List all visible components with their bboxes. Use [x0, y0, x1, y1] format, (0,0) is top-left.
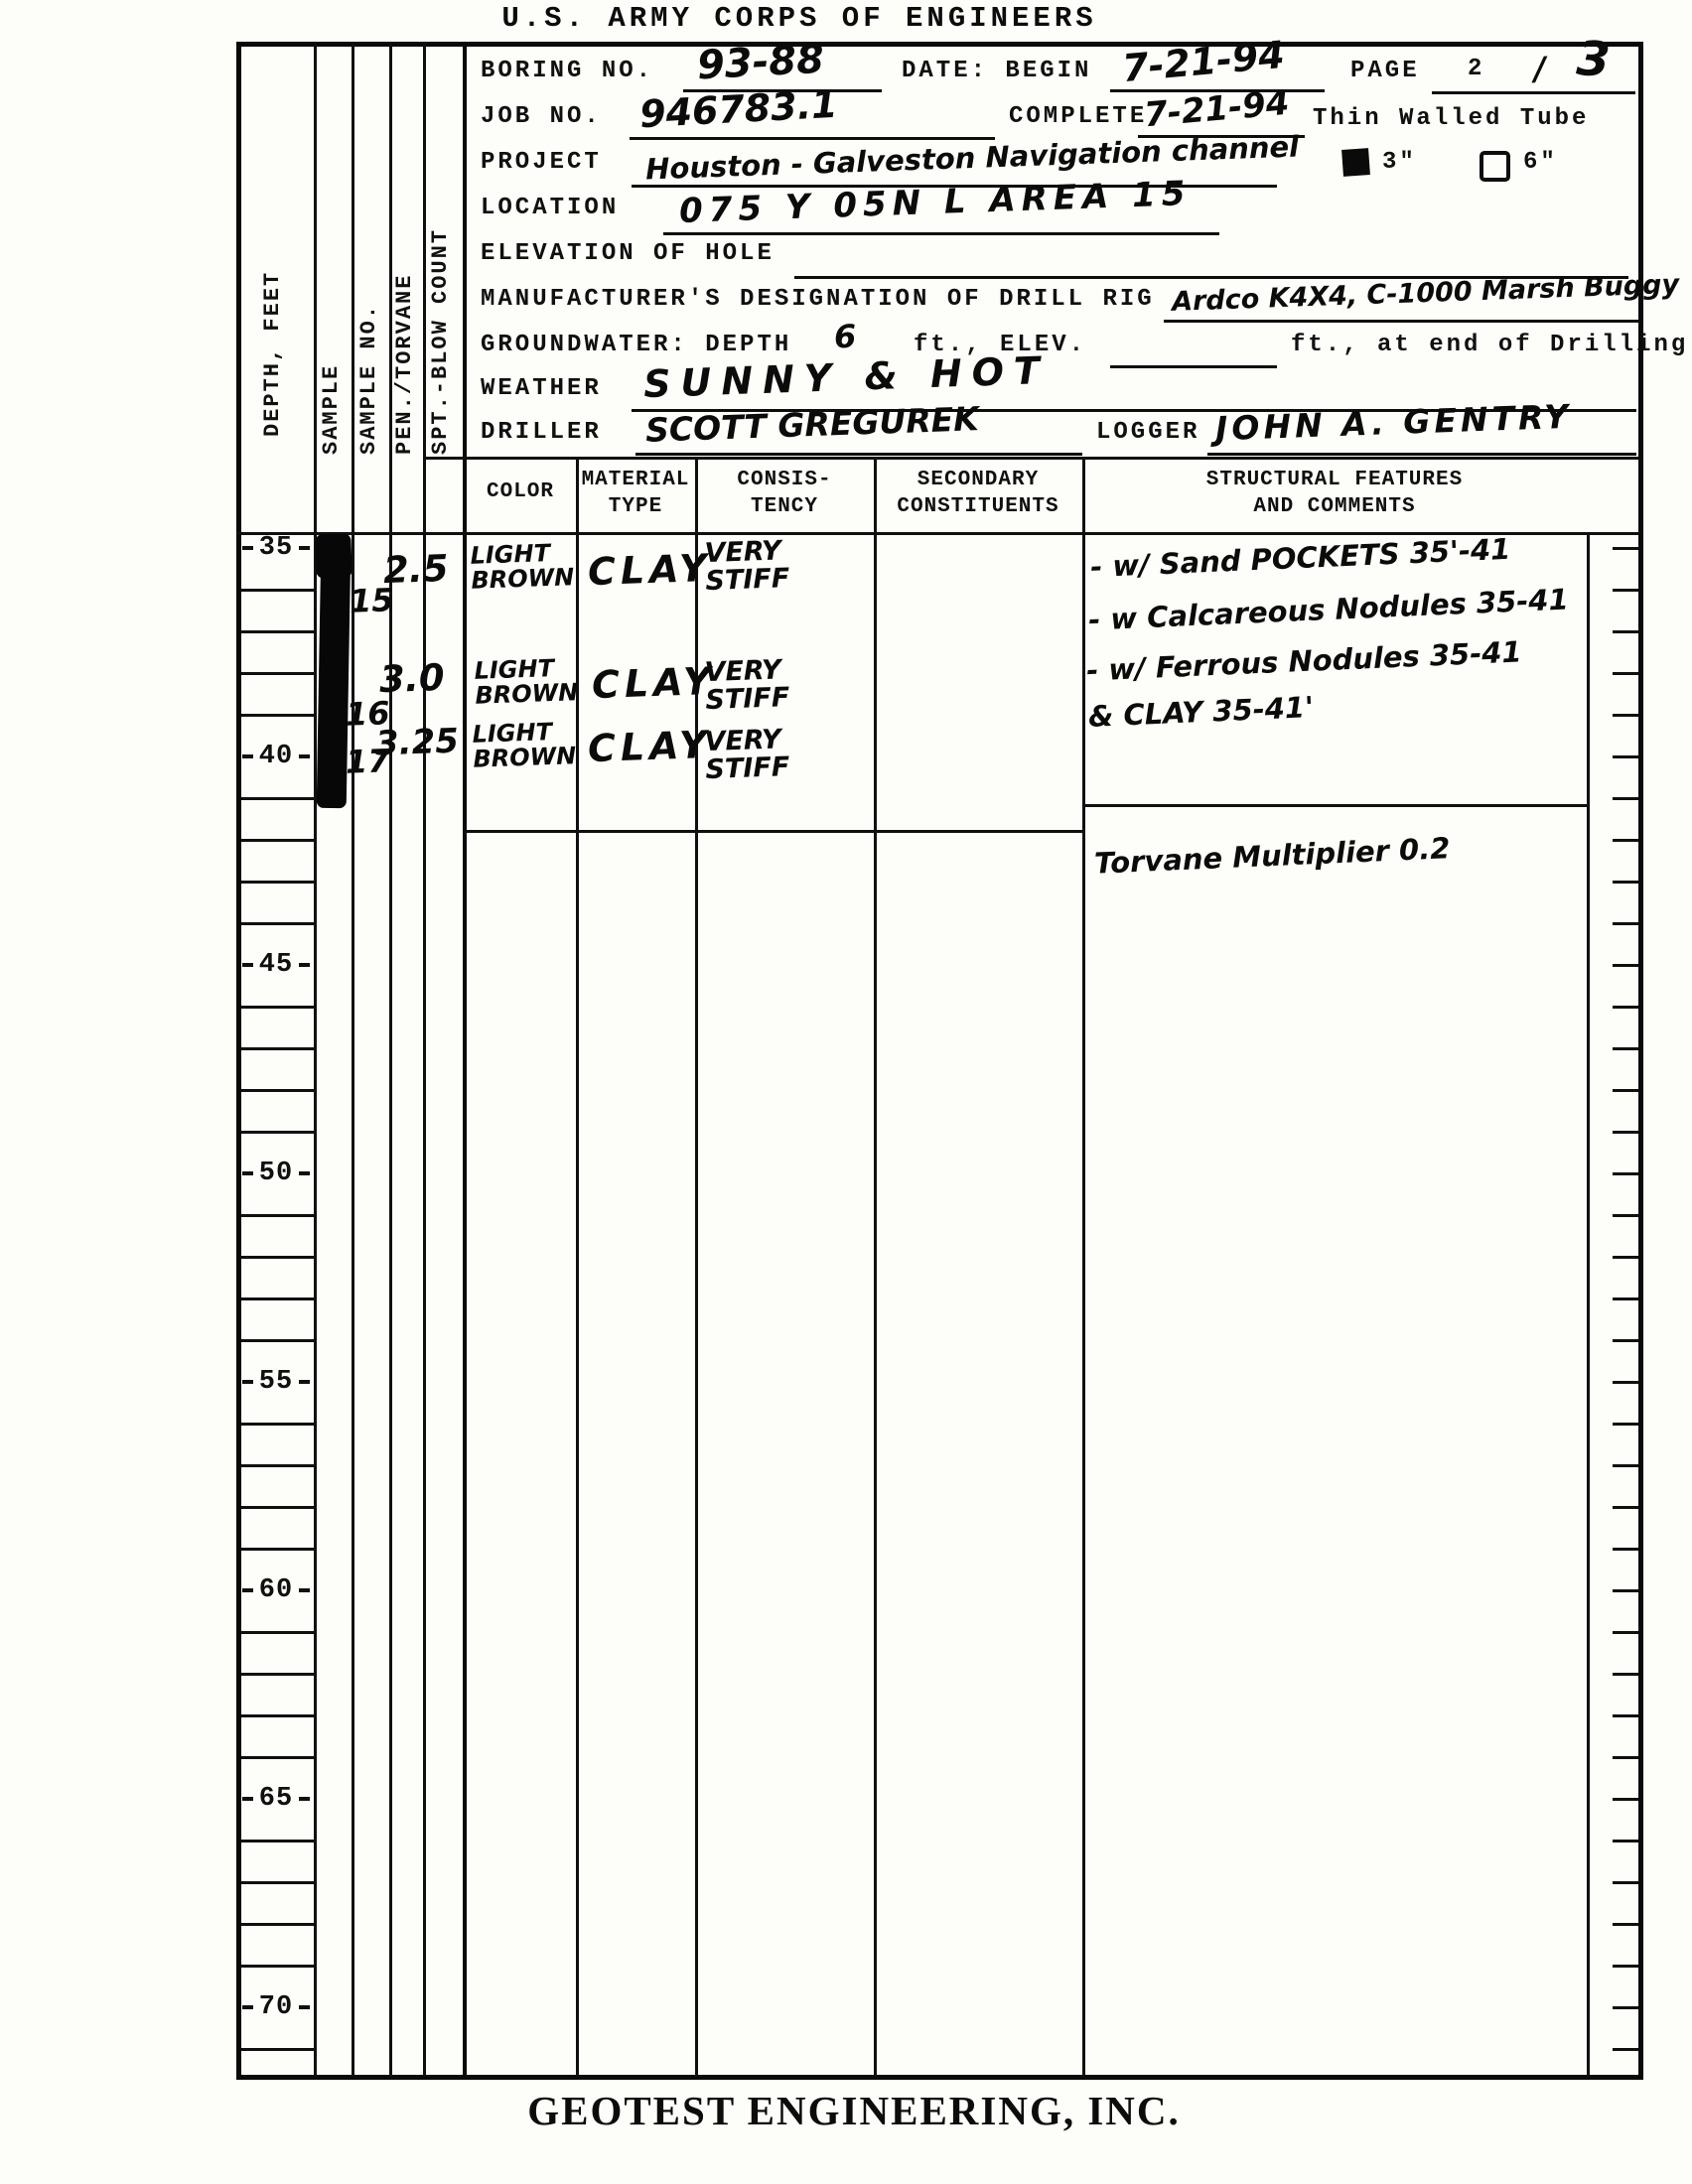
depth-ruler-line [241, 797, 314, 800]
depth-label: 45 [239, 950, 313, 980]
drill-rig-label: MANUFACTURER'S DESIGNATION OF DRILL RIG [481, 286, 1155, 313]
header-box-bottom-line [423, 457, 1640, 460]
right-ruler-tick [1613, 1756, 1638, 1759]
company-footer: GEOTEST ENGINEERING, INC. [417, 2087, 1291, 2134]
color-value: LIGHT BROWN [472, 719, 577, 772]
right-ruler-tick [1613, 922, 1638, 925]
header-consistency: CONSIS- TENCY [695, 467, 874, 521]
tube-6in-label: 6" [1523, 149, 1558, 176]
job-no-underline [630, 137, 995, 140]
depth-label-value: 35 [259, 533, 293, 563]
tube-6in-checkbox [1480, 151, 1510, 182]
depth-ruler-line [241, 1548, 314, 1551]
divider-depth-sample [314, 42, 317, 2077]
depth-ruler-line [241, 714, 314, 717]
right-ruler-tick [1613, 1047, 1638, 1050]
depth-label-dash [242, 2005, 253, 2009]
right-ruler-tick [1613, 1714, 1638, 1717]
logger-value: JOHN A. GENTRY [1214, 397, 1572, 449]
material-value: CLAY [591, 659, 716, 707]
depth-ruler-line [241, 1047, 314, 1050]
divider-spt-color [463, 42, 467, 2077]
header-material-line2: TYPE [576, 493, 695, 520]
right-ruler-tick [1613, 1923, 1638, 1926]
location-underline [663, 232, 1219, 235]
right-ruler-tick [1613, 2006, 1638, 2009]
right-ruler-tick [1613, 755, 1638, 758]
header-material-line1: MATERIAL [576, 467, 695, 493]
depth-label-dash [299, 1380, 310, 1384]
depth-label-dash [242, 546, 253, 550]
depth-label-dash [299, 754, 310, 758]
right-ruler-tick [1613, 1506, 1638, 1509]
depth-ruler-line [241, 1881, 314, 1884]
comment-line: - w/ Sand POCKETS 35'-41 [1089, 532, 1511, 584]
right-ruler-tick [1613, 1673, 1638, 1676]
depth-label: 40 [239, 742, 313, 771]
depth-label-dash [299, 1588, 310, 1592]
consistency-value: VERY STIFF [704, 536, 825, 597]
header-consistency-line2: TENCY [695, 493, 874, 520]
right-ruler-tick [1613, 1464, 1638, 1467]
depth-ruler-line [241, 1673, 314, 1676]
depth-ruler-line [241, 1923, 314, 1926]
right-ruler-tick [1613, 714, 1638, 717]
right-ruler-tick [1613, 589, 1638, 592]
right-ruler-tick [1613, 839, 1638, 842]
depth-ruler-line [241, 2048, 314, 2051]
depth-label-dash [242, 1380, 253, 1384]
depth-ruler-line [241, 1714, 314, 1717]
col-label-sample: SAMPLE [319, 286, 344, 455]
boring-log-page: U.S. ARMY CORPS OF ENGINEERS DEPTH, FEET… [0, 0, 1692, 2184]
drill-rig-underline [1164, 320, 1638, 323]
depth-ruler-line [241, 1131, 314, 1134]
depth-label: 50 [239, 1159, 313, 1188]
depth-label-value: 65 [259, 1784, 293, 1814]
boring-no-label: BORING NO. [481, 58, 653, 84]
comment-line: - w Calcareous Nodules 35-41 [1087, 582, 1569, 636]
depth-ruler-line [241, 1297, 314, 1300]
comment-line: - w/ Ferrous Nodules 35-41 [1085, 634, 1522, 687]
header-structural: STRUCTURAL FEATURES AND COMMENTS [1082, 467, 1587, 521]
divider-secondary-structural [1082, 457, 1085, 2077]
header-consistency-line1: CONSIS- [695, 467, 874, 493]
interval-end-line-right [1082, 804, 1587, 807]
col-label-sample-no: SAMPLE NO. [356, 177, 381, 455]
header-secondary-line1: SECONDARY [874, 467, 1082, 493]
groundwater-elev-underline [1110, 365, 1277, 368]
right-ruler-tick [1613, 881, 1638, 884]
depth-ruler-line [241, 630, 314, 633]
page-underline [1432, 91, 1635, 94]
table-border-top [236, 42, 1643, 47]
depth-label-dash [299, 1171, 310, 1175]
right-ruler-tick [1613, 1256, 1638, 1259]
right-ruler-tick [1613, 1548, 1638, 1551]
depth-label: 70 [239, 1992, 313, 2022]
depth-label-dash [242, 1588, 253, 1592]
depth-label-dash [299, 963, 310, 967]
depth-label-value: 50 [259, 1159, 293, 1188]
groundwater-label: GROUNDWATER: DEPTH [481, 332, 791, 358]
depth-ruler-line [241, 1339, 314, 1342]
depth-ruler-line [241, 1214, 314, 1217]
right-ruler-tick [1613, 1297, 1638, 1300]
pen-torvane-value: 3.0 [378, 656, 445, 701]
torvane-note: Torvane Multiplier 0.2 [1093, 831, 1451, 881]
logger-label: LOGGER [1096, 419, 1199, 446]
depth-ruler-line [241, 1256, 314, 1259]
depth-label-dash [299, 2005, 310, 2009]
job-no-value: 946783.1 [638, 82, 839, 136]
tube-3in-label: 3" [1382, 149, 1417, 176]
driller-label: DRILLER [481, 419, 602, 446]
depth-label-dash [242, 1171, 253, 1175]
location-value: 075 Y 05N L AREA 15 [678, 174, 1192, 231]
right-ruler-tick [1613, 1131, 1638, 1134]
thin-walled-tube-label: Thin Walled Tube [1313, 105, 1589, 132]
depth-label-value: 55 [259, 1367, 293, 1397]
depth-label-dash [242, 1797, 253, 1801]
right-ruler-tick [1613, 672, 1638, 675]
col-label-spt-blow-count: SPT.-BLOW COUNT [428, 77, 453, 455]
depth-label-dash [299, 546, 310, 550]
boring-no-value: 93-88 [696, 37, 825, 89]
right-ruler-tick [1613, 797, 1638, 800]
location-label: LOCATION [481, 195, 619, 221]
depth-label-dash [242, 754, 253, 758]
project-label: PROJECT [481, 149, 602, 176]
depth-ruler-line [241, 1840, 314, 1843]
groundwater-depth-value: 6 [833, 318, 857, 356]
consistency-value: VERY STIFF [704, 655, 825, 716]
right-ruler-tick [1613, 1798, 1638, 1801]
material-value: CLAY [587, 546, 712, 594]
right-ruler-tick [1613, 1172, 1638, 1175]
header-structural-line1: STRUCTURAL FEATURES [1082, 467, 1587, 493]
right-ruler-tick [1613, 630, 1638, 633]
depth-ruler-line [241, 1756, 314, 1759]
job-no-label: JOB NO. [481, 103, 602, 130]
depth-label: 35 [239, 533, 313, 563]
right-ruler-tick [1613, 1006, 1638, 1009]
weather-label: WEATHER [481, 375, 602, 402]
header-material-type: MATERIAL TYPE [576, 467, 695, 521]
depth-label: 55 [239, 1367, 313, 1397]
right-ruler-tick [1613, 1423, 1638, 1426]
consistency-value: VERY STIFF [704, 725, 825, 785]
right-ruler-tick [1613, 1089, 1638, 1092]
right-ruler-tick [1613, 547, 1638, 550]
depth-ruler-line [241, 589, 314, 592]
page-separator: / [1533, 50, 1546, 87]
interval-end-line-left [465, 830, 1082, 833]
divider-structural-rightruler [1587, 532, 1590, 2077]
color-value: LIGHT BROWN [470, 540, 575, 594]
right-ruler-tick [1613, 1840, 1638, 1843]
right-ruler-tick [1613, 1339, 1638, 1342]
col-label-pen-torvane: PEN./TORVANE [392, 142, 417, 455]
depth-label-value: 70 [259, 1992, 293, 2022]
depth-ruler-line [241, 672, 314, 675]
right-ruler-tick [1613, 964, 1638, 967]
depth-label-value: 40 [259, 742, 293, 771]
depth-ruler-line [241, 1089, 314, 1092]
depth-ruler-line [241, 1506, 314, 1509]
driller-underline [635, 453, 1082, 456]
depth-ruler-line [241, 922, 314, 925]
driller-value: SCOTT GREGUREK [644, 399, 979, 450]
divider-pen-spt [423, 42, 426, 2077]
page-label: PAGE [1350, 58, 1420, 84]
right-ruler-tick [1613, 1631, 1638, 1634]
depth-label: 65 [239, 1784, 313, 1814]
right-ruler-tick [1613, 1381, 1638, 1384]
color-value: LIGHT BROWN [474, 655, 579, 709]
right-ruler-tick [1613, 1589, 1638, 1592]
depth-label: 60 [239, 1575, 313, 1605]
page-total: 3 [1575, 31, 1612, 88]
depth-ruler-line [241, 1631, 314, 1634]
pen-torvane-value: 2.5 [382, 547, 449, 592]
tube-3in-checkbox [1341, 148, 1370, 177]
page-title: U.S. ARMY CORPS OF ENGINEERS [402, 2, 1197, 35]
depth-ruler-line [241, 1965, 314, 1968]
header-color-line1: COLOR [465, 478, 576, 505]
table-border-bottom [236, 2075, 1643, 2080]
complete-label: COMPLETE [1009, 103, 1147, 130]
pen-torvane-value: 3.25 [374, 722, 459, 764]
logger-underline [1207, 453, 1636, 456]
comment-line: & CLAY 35-41' [1087, 690, 1314, 734]
header-structural-line2: AND COMMENTS [1082, 493, 1587, 520]
table-border-left [236, 42, 241, 2080]
depth-label-value: 45 [259, 950, 293, 980]
header-secondary-line2: CONSTITUENTS [874, 493, 1082, 520]
depth-label-dash [299, 1797, 310, 1801]
right-ruler-tick [1613, 1881, 1638, 1884]
divider-consistency-secondary [874, 457, 877, 2077]
date-begin-label: DATE: BEGIN [902, 58, 1091, 84]
depth-ruler-line [241, 839, 314, 842]
depth-label-dash [242, 963, 253, 967]
divider-sample-sampleno [352, 42, 354, 2077]
depth-label-value: 60 [259, 1575, 293, 1605]
right-ruler-tick [1613, 2048, 1638, 2051]
depth-ruler-line [241, 1423, 314, 1426]
page-current: 2 [1468, 56, 1484, 82]
ft-end-label: ft., at end of Drilling [1291, 332, 1688, 358]
depth-ruler-line [241, 1006, 314, 1009]
right-ruler-tick [1613, 1214, 1638, 1217]
material-value: CLAY [587, 723, 712, 770]
right-ruler-tick [1613, 1965, 1638, 1968]
depth-ruler-line [241, 1464, 314, 1467]
header-secondary: SECONDARY CONSTITUENTS [874, 467, 1082, 521]
elevation-label: ELEVATION OF HOLE [481, 240, 775, 267]
depth-ruler-line [241, 881, 314, 884]
col-label-depth-feet: DEPTH, FEET [260, 139, 285, 437]
header-color: COLOR [465, 478, 576, 505]
